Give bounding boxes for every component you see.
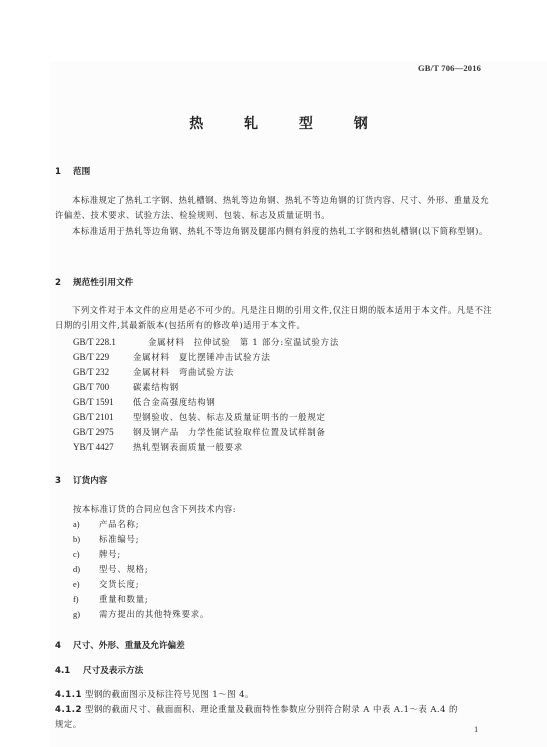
reference-item: GB/T 2101型钢验收、包装、标志及质量证明书的一般规定 (73, 411, 326, 423)
document-title: 热 轧 型 钢 (0, 113, 547, 133)
section-1-heading: 1范围 (55, 165, 90, 177)
section-4-heading: 4尺寸、外形、重量及允许偏差 (55, 639, 185, 651)
reference-item: GB/T 229金属材料 夏比摆锤冲击试验方法 (73, 351, 271, 363)
clause-4-1-2-continuation: 规定。 (55, 718, 82, 730)
standard-code: GB/T 706—2016 (418, 63, 481, 73)
section-3-heading: 3订货内容 (55, 474, 107, 486)
section-2-heading: 2规范性引用文件 (55, 276, 133, 288)
section-title: 范围 (73, 167, 90, 177)
section-2-intro: 下列文件对于本文件的应用是必不可少的。凡是注日期的引用文件,仅注日期的版本适用于… (55, 303, 497, 333)
section-3-intro: 按本标准订货的合同应包含下列技术内容: (73, 503, 236, 515)
subsection-number: 4.1 (55, 666, 83, 676)
section-title: 订货内容 (73, 476, 107, 486)
section-1-paragraph-2: 本标准适用于热轧等边角钢、热轧不等边角钢及腿部内侧有斜度的热轧工字钢和热轧槽钢(… (55, 224, 497, 239)
list-item: b)标准编号; (73, 533, 139, 545)
list-item: f)重量和数量; (73, 593, 149, 605)
list-item: g)需方提出的其他特殊要求。 (73, 608, 209, 620)
section-number: 2 (55, 278, 73, 288)
section-title: 规范性引用文件 (73, 278, 133, 288)
section-number: 4 (55, 641, 73, 651)
clause-4-1-2: 4.1.2型钢的截面尺寸、截面面积、理论重量及截面特性参数应分别符合附录 A 中… (55, 703, 458, 715)
reference-item: YB/T 4427热轧型钢表面质量一般要求 (73, 441, 243, 453)
reference-item: GB/T 228.1金属材料 拉伸试验 第 1 部分:室温试验方法 (73, 336, 339, 348)
reference-item: GB/T 2975钢及钢产品 力学性能试验取样位置及试样制备 (73, 426, 326, 438)
section-1-paragraph-1: 本标准规定了热轧工字钢、热轧槽钢、热轧等边角钢、热轧不等边角钢的订货内容、尺寸、… (55, 193, 497, 223)
section-title: 尺寸、外形、重量及允许偏差 (73, 641, 185, 651)
subsection-4-1-heading: 4.1尺寸及表示方法 (55, 664, 143, 676)
list-item: c)牌号; (73, 548, 121, 560)
list-item: a)产品名称; (73, 518, 139, 530)
reference-item: GB/T 232金属材料 弯曲试验方法 (73, 366, 234, 378)
page-number: 1 (474, 724, 478, 734)
reference-item: GB/T 700碳素结构钢 (73, 381, 179, 393)
subsection-title: 尺寸及表示方法 (83, 666, 143, 676)
list-item: e)交货长度; (73, 578, 139, 590)
section-number: 3 (55, 476, 73, 486)
section-number: 1 (55, 167, 73, 177)
clause-4-1-1: 4.1.1型钢的截面图示及标注符号见图 1～图 4。 (55, 688, 254, 700)
reference-item: GB/T 1591低合金高强度结构钢 (73, 396, 216, 408)
list-item: d)型号、规格; (73, 563, 149, 575)
